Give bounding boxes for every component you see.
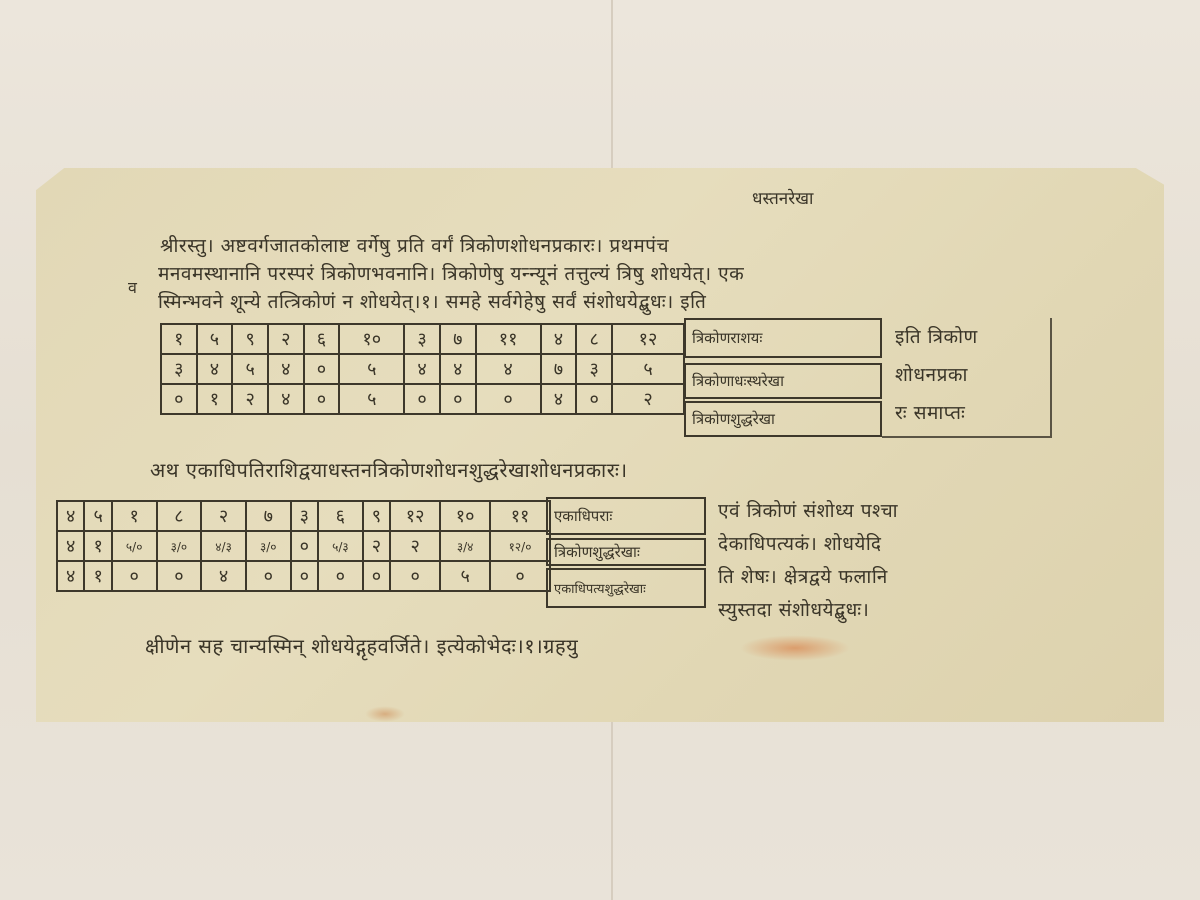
table-cell: ० (390, 561, 440, 591)
table-cell: १२ (390, 501, 440, 531)
table-cell: ० (246, 561, 291, 591)
closing-line: क्षीणेन सह चान्यस्मिन् शोधयेद्गृहवर्जिते… (145, 632, 578, 659)
table-cell: ० (440, 384, 476, 414)
table-cell: २ (232, 384, 268, 414)
table2-label-ekadhipa: एकाधिपराः (546, 497, 706, 535)
table-cell: ६ (304, 324, 340, 354)
table1-label-rashis: त्रिकोणराशयः (684, 318, 882, 358)
table-cell: २ (363, 531, 390, 561)
table-cell: ४ (57, 501, 84, 531)
table-cell: ७ (541, 354, 577, 384)
table-cell: ० (161, 384, 197, 414)
opening-line-3: स्मिन्भवने शून्ये तत्त्रिकोणं न शोधयेत्।… (158, 288, 706, 314)
table-cell: २ (612, 384, 684, 414)
table-cell: १ (112, 501, 157, 531)
table-cell: ११ (490, 501, 550, 531)
table-cell: ४ (541, 384, 577, 414)
table-cell: २ (390, 531, 440, 561)
table-cell: ४ (541, 324, 577, 354)
table-cell: ४/३ (201, 531, 246, 561)
middle-heading-line: अथ एकाधिपतिराशिद्वयाधस्तनत्रिकोणशोधनशुद्… (150, 456, 628, 483)
table-cell: ५ (612, 354, 684, 384)
edge-stain (365, 706, 405, 722)
table-cell: ३ (291, 501, 318, 531)
table-cell: ३ (404, 324, 440, 354)
table-cell: ७ (246, 501, 291, 531)
table1-label-lower-lines: त्रिकोणाधःस्थरेखा (684, 363, 882, 399)
table-cell: ५ (440, 561, 490, 591)
table2-side-line-3: ति शेषः। क्षेत्रद्वये फलानि (718, 563, 888, 589)
table-cell: ५/० (112, 531, 157, 561)
table-cell: १ (197, 384, 233, 414)
table1-label-pure-lines: त्रिकोणशुद्धरेखा (684, 401, 882, 437)
table-cell: ३ (161, 354, 197, 384)
side-note-line-2: शोधनप्रका (895, 361, 968, 387)
table-cell: ५ (197, 324, 233, 354)
table2-side-line-1: एवं त्रिकोणं संशोध्य पश्चा (718, 497, 898, 523)
table-cell: ५ (339, 354, 404, 384)
table-cell: ५ (232, 354, 268, 384)
header-note: धस्तनरेखा (752, 186, 813, 209)
table-cell: १२/० (490, 531, 550, 561)
table-cell: ० (157, 561, 202, 591)
table-cell: ११ (476, 324, 541, 354)
table-cell: ० (304, 384, 340, 414)
table-cell: ५ (84, 501, 111, 531)
table-cell: ४ (57, 561, 84, 591)
table-row: ४ १ ० ० ४ ० ० ० ० ० ५ ० (57, 561, 550, 591)
table-cell: १० (440, 501, 490, 531)
table-cell: ० (304, 354, 340, 384)
ekadhipati-table: ४ ५ १ ८ २ ७ ३ ६ ९ १२ १० ११ ४ १ ५/० ३/० ४… (56, 500, 551, 592)
table2-label-ekadhipatya-pure: एकाधिपत्यशुद्धरेखाः (546, 568, 706, 608)
table-cell: ० (490, 561, 550, 591)
table-cell: ४ (197, 354, 233, 384)
table-cell: ३/० (246, 531, 291, 561)
table-cell: ९ (363, 501, 390, 531)
table-cell: ८ (157, 501, 202, 531)
table2-label-trikona-pure: त्रिकोणशुद्धरेखाः (546, 538, 706, 566)
table2-side-line-2: देकाधिपत्यकं। शोधयेदि (718, 530, 881, 556)
table-cell: ३/० (157, 531, 202, 561)
table-cell: ० (576, 384, 612, 414)
table2-side-line-4: स्युस्तदा संशोधयेद्बुधः। (718, 596, 869, 622)
table-cell: ० (318, 561, 363, 591)
table-row: ४ १ ५/० ३/० ४/३ ३/० ० ५/३ २ २ ३/४ १२/० (57, 531, 550, 561)
table-cell: १२ (612, 324, 684, 354)
table-cell: ५ (339, 384, 404, 414)
table-cell: ० (476, 384, 541, 414)
table-cell: ४ (404, 354, 440, 384)
table-cell: ० (291, 561, 318, 591)
table-cell: ४ (440, 354, 476, 384)
trikona-table: १ ५ ९ २ ६ १० ३ ७ ११ ४ ८ १२ ३ ४ ५ ४ ० ५ ४… (160, 323, 685, 415)
table-cell: १० (339, 324, 404, 354)
opening-line-2: मनवमस्थानानि परस्परं त्रिकोणभवनानि। त्रि… (158, 260, 744, 286)
opening-line-1: श्रीरस्तु। अष्टवर्गजातकोलाष्ट वर्गेषु प्… (160, 232, 669, 258)
table-cell: ४ (201, 561, 246, 591)
table-cell: १ (84, 561, 111, 591)
table-cell: १ (161, 324, 197, 354)
table-cell: ९ (232, 324, 268, 354)
table-cell: ६ (318, 501, 363, 531)
table-cell: ७ (440, 324, 476, 354)
table-row: १ ५ ९ २ ६ १० ३ ७ ११ ४ ८ १२ (161, 324, 684, 354)
margin-mark: व (128, 276, 137, 298)
table-row: ३ ४ ५ ४ ० ५ ४ ४ ४ ७ ३ ५ (161, 354, 684, 384)
side-note-line-1: इति त्रिकोण (895, 323, 978, 349)
table-cell: ५/३ (318, 531, 363, 561)
table-cell: ४ (268, 354, 304, 384)
side-note-line-3: रः समाप्तः (895, 399, 965, 425)
table-cell: ० (291, 531, 318, 561)
table-cell: ४ (476, 354, 541, 384)
table-cell: २ (268, 324, 304, 354)
table-cell: ३ (576, 354, 612, 384)
table-cell: ४ (57, 531, 84, 561)
table-cell: ३/४ (440, 531, 490, 561)
table-cell: १ (84, 531, 111, 561)
table-cell: ० (112, 561, 157, 591)
table-cell: ८ (576, 324, 612, 354)
table-cell: ४ (268, 384, 304, 414)
table-cell: ० (363, 561, 390, 591)
ink-stain (740, 635, 850, 661)
table-row: ४ ५ १ ८ २ ७ ३ ६ ९ १२ १० ११ (57, 501, 550, 531)
table-cell: ० (404, 384, 440, 414)
table-cell: २ (201, 501, 246, 531)
table-row: ० १ २ ४ ० ५ ० ० ० ४ ० २ (161, 384, 684, 414)
